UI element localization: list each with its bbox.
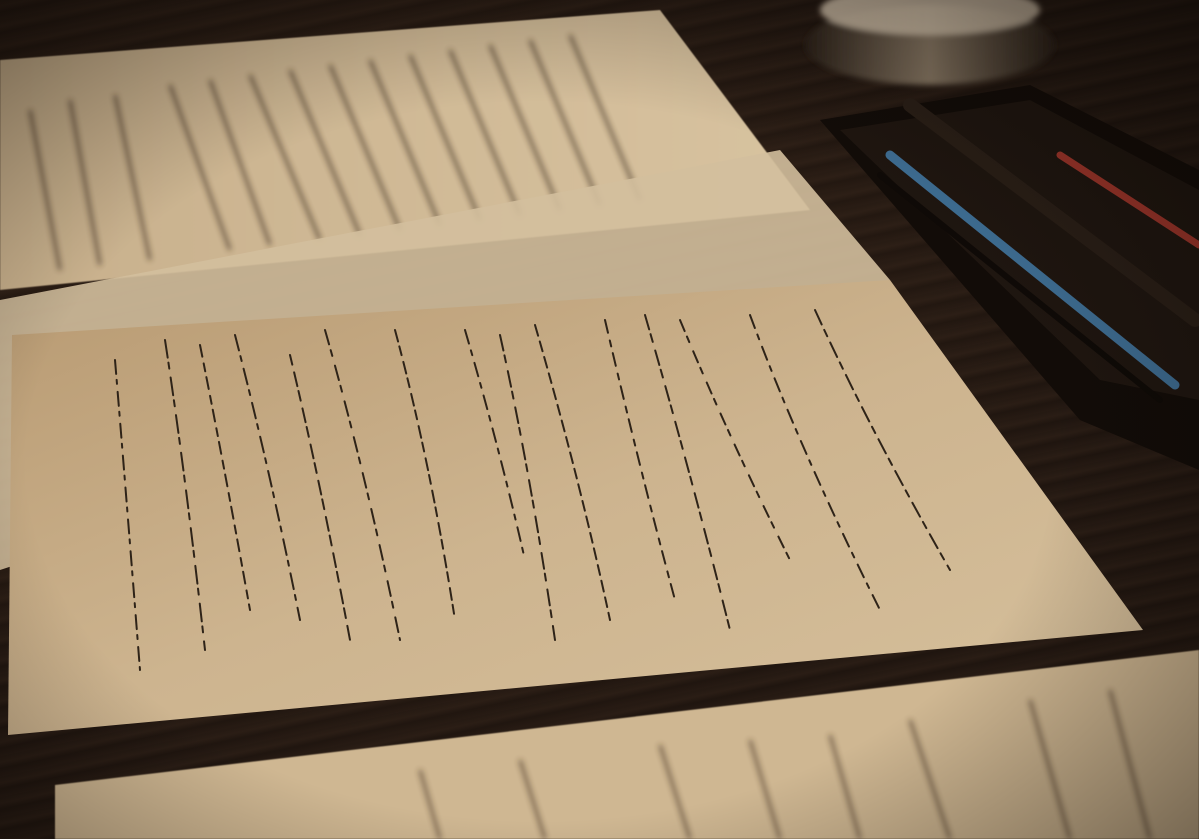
scene-illustration: [0, 0, 1199, 839]
letter-main: [8, 280, 1143, 735]
photo-scene: [0, 0, 1199, 839]
inkwell: [805, 0, 1055, 85]
